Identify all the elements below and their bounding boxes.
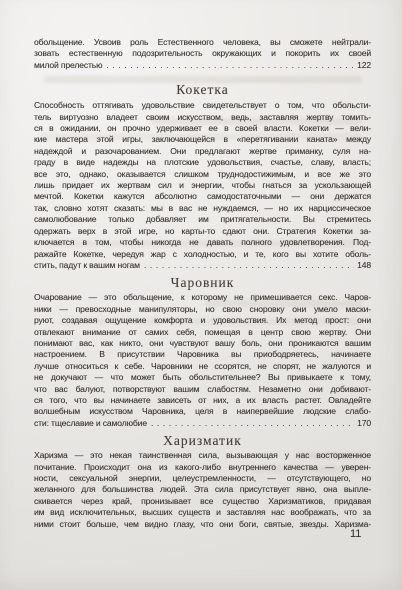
- toc-entry-charismatic: Харизматик Харизма — это некая таинствен…: [34, 433, 371, 530]
- paragraph-line: понимают вас, как никто, они чувствуют в…: [34, 338, 371, 349]
- dot-leader: . . . . . . . . . . . . . . . . . . . . …: [106, 60, 354, 71]
- paragraph-line: ности, сексуальной энергии, целеустремле…: [34, 473, 371, 484]
- paragraph-line: обольщение. Усвоив роль Естественного че…: [34, 37, 371, 48]
- paragraph-line: почитание. Происходит она из какого-либо…: [34, 462, 371, 473]
- book-page-scan: обольщение. Усвоив роль Естественного че…: [0, 0, 402, 590]
- paragraph-line: зовать естественную подозрительность окр…: [34, 48, 371, 59]
- paragraph-line: Способность оттягивать удовольствие свид…: [34, 100, 371, 111]
- paragraph-line: руют, создавая ощущение комфорта и удово…: [34, 315, 371, 326]
- paragraph-line: настроением. В присутствии Чаровника вы …: [34, 349, 371, 360]
- leader-text: сти: тщеславие и самолюбие: [34, 418, 147, 429]
- paragraph-line: так, словно хотят сказать: мы в вас не н…: [34, 203, 371, 214]
- paragraph-line: самолюбование только добавляет им притяг…: [34, 214, 371, 225]
- toc-entry-charmer: Чаровник Очарование — это обольщение, к …: [34, 275, 371, 429]
- dot-leader: . . . . . . . . . . . . . . . . . . . . …: [151, 418, 354, 429]
- paragraph-line: все это, однако, оказывается слишком тру…: [34, 169, 371, 180]
- section-heading: Чаровник: [34, 275, 371, 290]
- toc-leader-row: стить, падут к вашим ногам . . . . . . .…: [34, 260, 371, 271]
- leader-text: милой прелестью: [34, 60, 102, 71]
- paragraph-line: мечтой. Кокетки кажутся абсолютно самодо…: [34, 191, 371, 202]
- page-reference: 148: [357, 260, 371, 271]
- paragraph-line: что вас балуют, потворствуют вашим слабо…: [34, 384, 371, 395]
- paragraph-line: ражайте Кокетке, чередуя жар с холодност…: [34, 249, 371, 260]
- paragraph-line: лучше относиться к себе. Чаровники не сс…: [34, 361, 371, 372]
- toc-entry-natural: обольщение. Усвоив роль Естественного че…: [34, 37, 371, 71]
- paragraph-line: Харизма — это некая таинственная сила, в…: [34, 450, 371, 461]
- page-reference: 170: [357, 418, 371, 429]
- paragraph-line: им вид исключительных, высших существ и …: [34, 507, 371, 518]
- paragraph-line: ними стоит больше, чем видно глазу, что …: [34, 519, 371, 530]
- page-number: 11: [350, 528, 361, 541]
- paragraph-line: тель виртуозно владеет своим искусством,…: [34, 112, 371, 123]
- page-reference: 122: [357, 60, 371, 71]
- paragraph-line: надеждой и разочарованием. Они предлагаю…: [34, 146, 371, 157]
- toc-entry-coquette: Кокетка Способность оттягивать удовольст…: [34, 82, 371, 271]
- paragraph-line: ся в ожидании, он прочно удерживает ее в…: [34, 123, 371, 134]
- toc-leader-row: сти: тщеславие и самолюбие . . . . . . .…: [34, 418, 371, 429]
- paragraph-line: отвлекают внимание от самих себя, помеща…: [34, 327, 371, 338]
- paragraph-line: не докучают — что может быть обольстител…: [34, 372, 371, 383]
- section-heading: Кокетка: [34, 82, 371, 97]
- paragraph-line: волшебным искусством Чаровника, целя в н…: [34, 406, 371, 417]
- dot-leader: . . . . . . . . . . . . . . . . . . . . …: [144, 260, 354, 271]
- paragraph-line: скивается через край, пронизывает все су…: [34, 496, 371, 507]
- paragraph-line: кие мастера этой игры, заключающейся в «…: [34, 134, 371, 145]
- paragraph-line: ники — превосходные манипуляторы, но сво…: [34, 304, 371, 315]
- paragraph-line: ся того, что вы начинаете зависеть от ни…: [34, 395, 371, 406]
- page-text: обольщение. Усвоив роль Естественного че…: [34, 37, 371, 530]
- paragraph-line: лишь придает их жертвам сил и энергии, ч…: [34, 180, 371, 191]
- paragraph-line: одержать верх в этой игре, но карты-то с…: [34, 226, 371, 237]
- paragraph-line: ключается в том, чтобы никогда не давать…: [34, 237, 371, 248]
- paragraph-line: желанного для большинства людей. Эта сил…: [34, 484, 371, 495]
- paragraph-line: Очарование — это обольщение, к которому …: [34, 292, 371, 303]
- paragraph-line: граду в виде надежды на плотские удоволь…: [34, 157, 371, 168]
- leader-text: стить, падут к вашим ногам: [34, 260, 140, 271]
- toc-leader-row: милой прелестью . . . . . . . . . . . . …: [34, 60, 371, 71]
- section-heading: Харизматик: [34, 433, 371, 448]
